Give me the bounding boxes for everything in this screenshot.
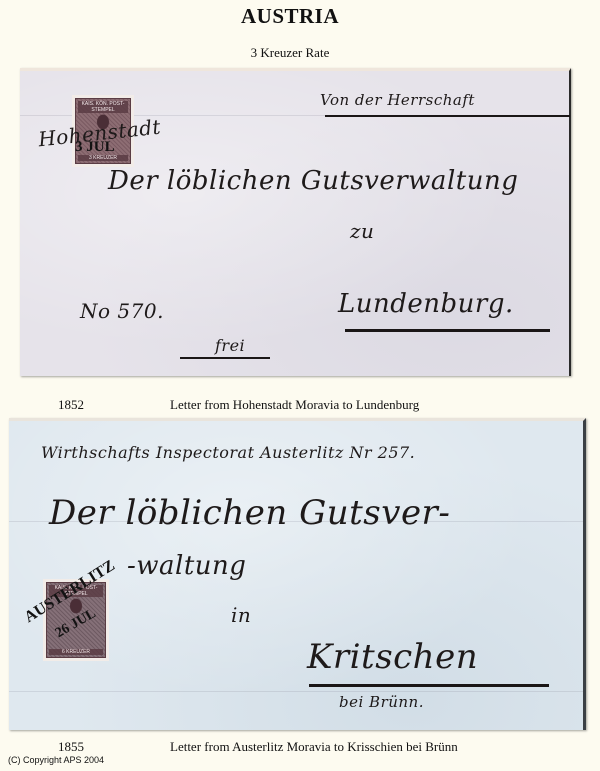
destination: Kritschen [307, 637, 478, 677]
letter-number: No 570. [80, 299, 164, 323]
caption-1855: Letter from Austerlitz Moravia to Krissc… [170, 739, 458, 755]
destination-underline [345, 329, 550, 332]
addressee-line: Der löblichen Gutsver- [49, 493, 450, 533]
addressee-line: Der löblichen Gutsverwaltung [108, 166, 518, 196]
address-in: in [231, 603, 251, 627]
sender-note: Von der Herrschaft [320, 91, 475, 109]
letter-cover-1852: Von der Herrschaft KAIS. KÖN. POST-STEMP… [20, 68, 571, 376]
page-subtitle: 3 Kreuzer Rate [0, 45, 580, 61]
franco-underline [180, 357, 270, 359]
addressee-line-2: -waltung [127, 551, 246, 581]
fold-line [9, 691, 583, 692]
destination-underline [309, 684, 549, 687]
address-zu: zu [350, 219, 374, 243]
letter-cover-1855: Wirthschafts Inspectorat Austerlitz Nr 2… [9, 418, 586, 730]
caption-year-1855: 1855 [58, 739, 84, 755]
franco-note: frei [215, 336, 245, 355]
copyright-notice: (C) Copyright APS 2004 [8, 755, 104, 765]
page-title: AUSTRIA [0, 4, 580, 29]
underline [325, 115, 570, 117]
cancel-date: 3 JUL [75, 139, 115, 156]
caption-year-1852: 1852 [58, 397, 84, 413]
sub-destination: bei Brünn. [339, 693, 424, 711]
stamp-value-text: 6 KREUZER [49, 649, 103, 655]
caption-1852: Letter from Hohenstadt Moravia to Lunden… [170, 397, 419, 413]
destination: Lundenburg. [338, 289, 514, 319]
sender-note: Wirthschafts Inspectorat Austerlitz Nr 2… [41, 443, 415, 462]
